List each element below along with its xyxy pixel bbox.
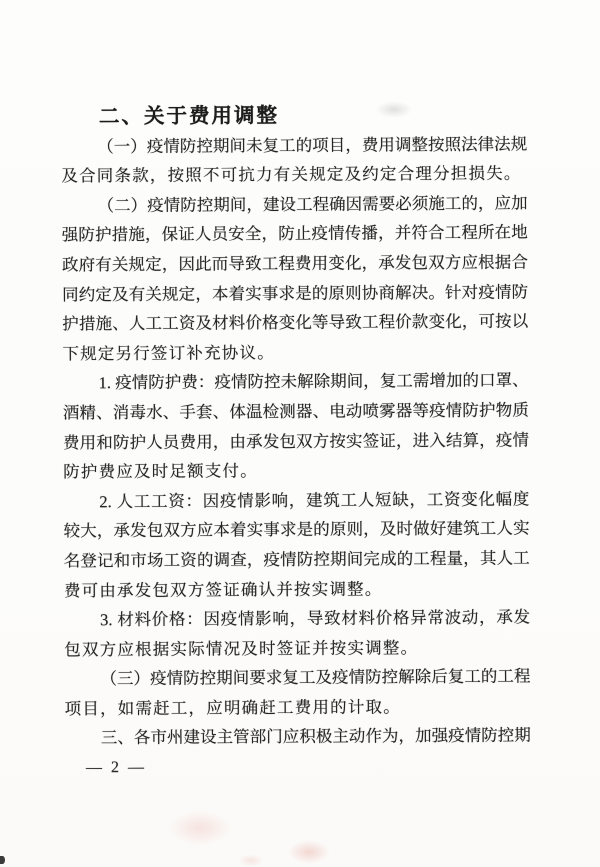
text-line: （一）疫情防控期间未复工的项目，费用调整按照法律法规 — [61, 129, 527, 161]
text-line: 三、各市州建设主管部门应积极主动作为，加强疫情防控期 — [65, 721, 531, 753]
text-line: 同约定及有关规定，本着实事求是的原则协商解决。针对疫情防 — [62, 277, 528, 309]
text-line: 项目，如需赶工，应明确赶工费用的计取。 — [65, 691, 531, 723]
text-line: 酒精、消毒水、手套、体温检测器、电动喷雾器等疫情防护物质 — [63, 396, 529, 428]
scan-edge-dot — [0, 856, 5, 864]
scanned-document-page: 二、关于费用调整 （一）疫情防控期间未复工的项目，费用调整按照法律法规 及合同条… — [0, 0, 600, 867]
text-line: 防护费应及时足额支付。 — [63, 455, 529, 487]
text-line: 2. 人工工资：因疫情影响，建筑工人短缺，工资变化幅度 — [63, 484, 529, 516]
page-number: — 2 — — [65, 751, 531, 783]
text-line: 较大，承发包双方应本着实事求是的原则，及时做好建筑工人实 — [63, 514, 529, 546]
text-line: 下规定另行签订补充协议。 — [62, 336, 528, 368]
text-line: 费可由承发包双方签证确认并按实调整。 — [64, 573, 530, 605]
scan-smudge-pink — [288, 840, 330, 864]
text-line: 政府有关规定，因此而导致工程费用变化，承发包双方应根据合 — [62, 248, 528, 280]
document-text-block: 二、关于费用调整 （一）疫情防控期间未复工的项目，费用调整按照法律法规 及合同条… — [61, 100, 531, 783]
text-line: 3. 材料价格：因疫情影响，导致材料价格异常波动，承发 — [64, 603, 530, 635]
text-line: 包双方应根据实际情况及时签证并按实调整。 — [64, 632, 530, 664]
text-line: 费用和防护人员费用，由承发包双方按实签证，进入结算，疫情 — [63, 425, 529, 457]
text-line: （二）疫情防控期间，建设工程确因需要必须施工的，应加 — [61, 188, 527, 220]
text-line: 1. 疫情防护费：疫情防控未解除期间，复工需增加的口罩、 — [63, 366, 529, 398]
text-line: （三）疫情防控期间要求复工及疫情防控解除后复工的工程 — [64, 662, 530, 694]
scan-smudge-pink — [168, 810, 232, 846]
text-line: 名登记和市场工资的调查，疫情防控期间完成的工程量，其人工 — [64, 543, 530, 575]
text-line: 强防护措施，保证人员安全，防止疫情传播，并符合工程所在地 — [62, 218, 528, 250]
scan-smudge-pink — [238, 854, 264, 867]
section-heading: 二、关于费用调整 — [61, 100, 527, 132]
text-line: 及合同条款，按照不可抗力有关规定及约定合理分担损失。 — [61, 159, 527, 191]
text-line: 护措施、人工工资及材料价格变化等导致工程价款变化，可按以 — [62, 307, 528, 339]
